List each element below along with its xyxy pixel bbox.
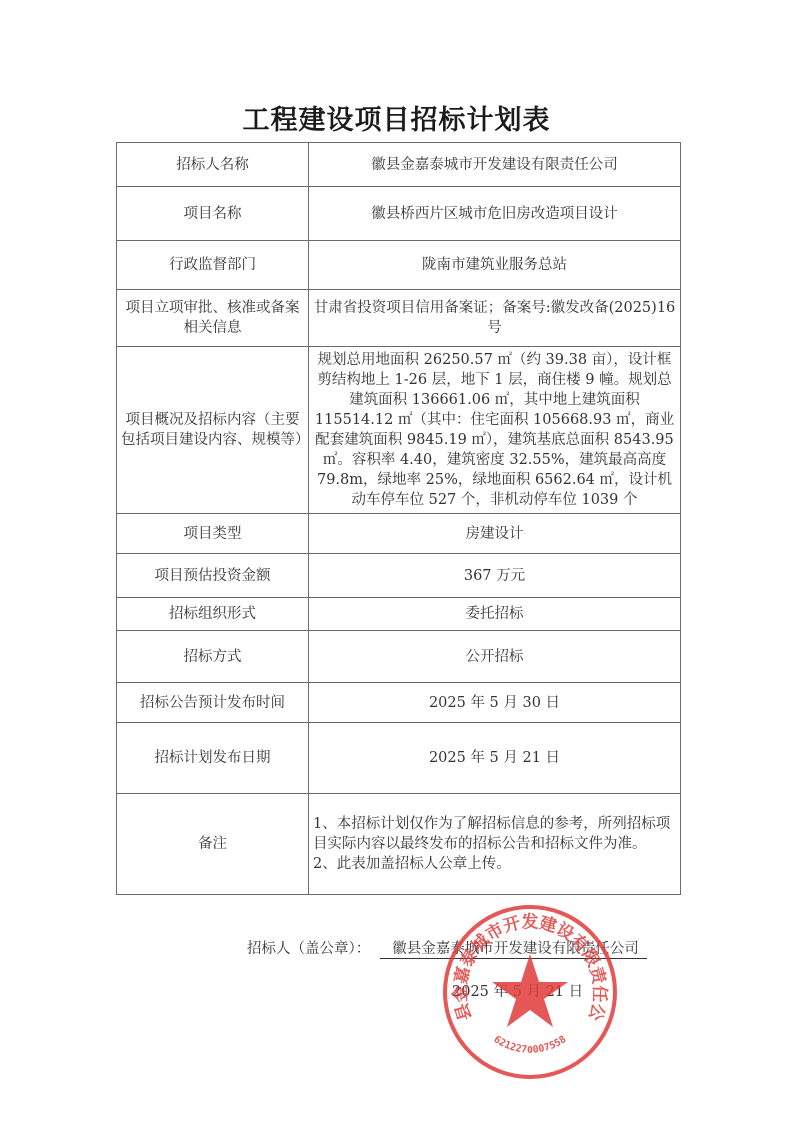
row-label: 项目类型 [117, 514, 309, 554]
row-value: 房建设计 [309, 514, 681, 554]
document-title: 工程建设项目招标计划表 [0, 98, 793, 137]
row-value: 规划总用地面积 26250.57 ㎡（约 39.38 亩），设计框剪结构地上 1… [309, 347, 681, 514]
row-value: 2025 年 5 月 30 日 [309, 683, 681, 723]
row-label: 招标公告预计发布时间 [117, 683, 309, 723]
table-row: 行政监督部门 陇南市建筑业服务总站 [117, 241, 681, 290]
row-value: 徽县金嘉泰城市开发建设有限责任公司 [309, 143, 681, 187]
table-row: 招标方式 公开招标 [117, 631, 681, 683]
seal-code: 6212270007558 [492, 1034, 569, 1056]
row-label: 项目立项审批、核准或备案相关信息 [117, 290, 309, 347]
table-row: 项目立项审批、核准或备案相关信息 甘肃省投资项目信用备案证；备案号:徽发改备(2… [117, 290, 681, 347]
table-row: 招标计划发布日期 2025 年 5 月 21 日 [117, 723, 681, 794]
note-item: 1、本招标计划仅作为了解招标信息的参考，所列招标项目实际内容以最终发布的招标公告… [313, 814, 676, 854]
row-value: 甘肃省投资项目信用备案证；备案号:徽发改备(2025)16号 [309, 290, 681, 347]
row-value: 367 万元 [309, 554, 681, 598]
table-row: 招标组织形式 委托招标 [117, 598, 681, 631]
row-label: 招标人名称 [117, 143, 309, 187]
table-row: 招标人名称 徽县金嘉泰城市开发建设有限责任公司 [117, 143, 681, 187]
row-value: 陇南市建筑业服务总站 [309, 241, 681, 290]
row-label: 招标计划发布日期 [117, 723, 309, 794]
row-value: 委托招标 [309, 598, 681, 631]
company-seal-icon: 徽县金嘉泰城市开发建设有限责任公司 6212270007558 [440, 902, 620, 1082]
row-label: 招标方式 [117, 631, 309, 683]
table-row: 项目类型 房建设计 [117, 514, 681, 554]
note-item: 2、此表加盖招标人公章上传。 [313, 854, 676, 874]
svg-text:6212270007558: 6212270007558 [492, 1034, 569, 1056]
row-value: 2025 年 5 月 21 日 [309, 723, 681, 794]
row-value: 徽县桥西片区城市危旧房改造项目设计 [309, 187, 681, 241]
signer-label: 招标人（盖公章）： [247, 941, 370, 957]
row-value: 公开招标 [309, 631, 681, 683]
row-label: 招标组织形式 [117, 598, 309, 631]
table-row: 招标公告预计发布时间 2025 年 5 月 30 日 [117, 683, 681, 723]
bidding-plan-table: 招标人名称 徽县金嘉泰城市开发建设有限责任公司 项目名称 徽县桥西片区城市危旧房… [116, 142, 681, 895]
row-label: 项目名称 [117, 187, 309, 241]
row-label: 项目概况及招标内容（主要包括项目建设内容、规模等） [117, 347, 309, 514]
table-row: 项目预估投资金额 367 万元 [117, 554, 681, 598]
table-row: 项目概况及招标内容（主要包括项目建设内容、规模等） 规划总用地面积 26250.… [117, 347, 681, 514]
row-label: 项目预估投资金额 [117, 554, 309, 598]
notes-label: 备注 [117, 794, 309, 895]
table-row-notes: 备注 1、本招标计划仅作为了解招标信息的参考，所列招标项目实际内容以最终发布的招… [117, 794, 681, 895]
table-row: 项目名称 徽县桥西片区城市危旧房改造项目设计 [117, 187, 681, 241]
row-label: 行政监督部门 [117, 241, 309, 290]
notes-content: 1、本招标计划仅作为了解招标信息的参考，所列招标项目实际内容以最终发布的招标公告… [309, 794, 681, 895]
